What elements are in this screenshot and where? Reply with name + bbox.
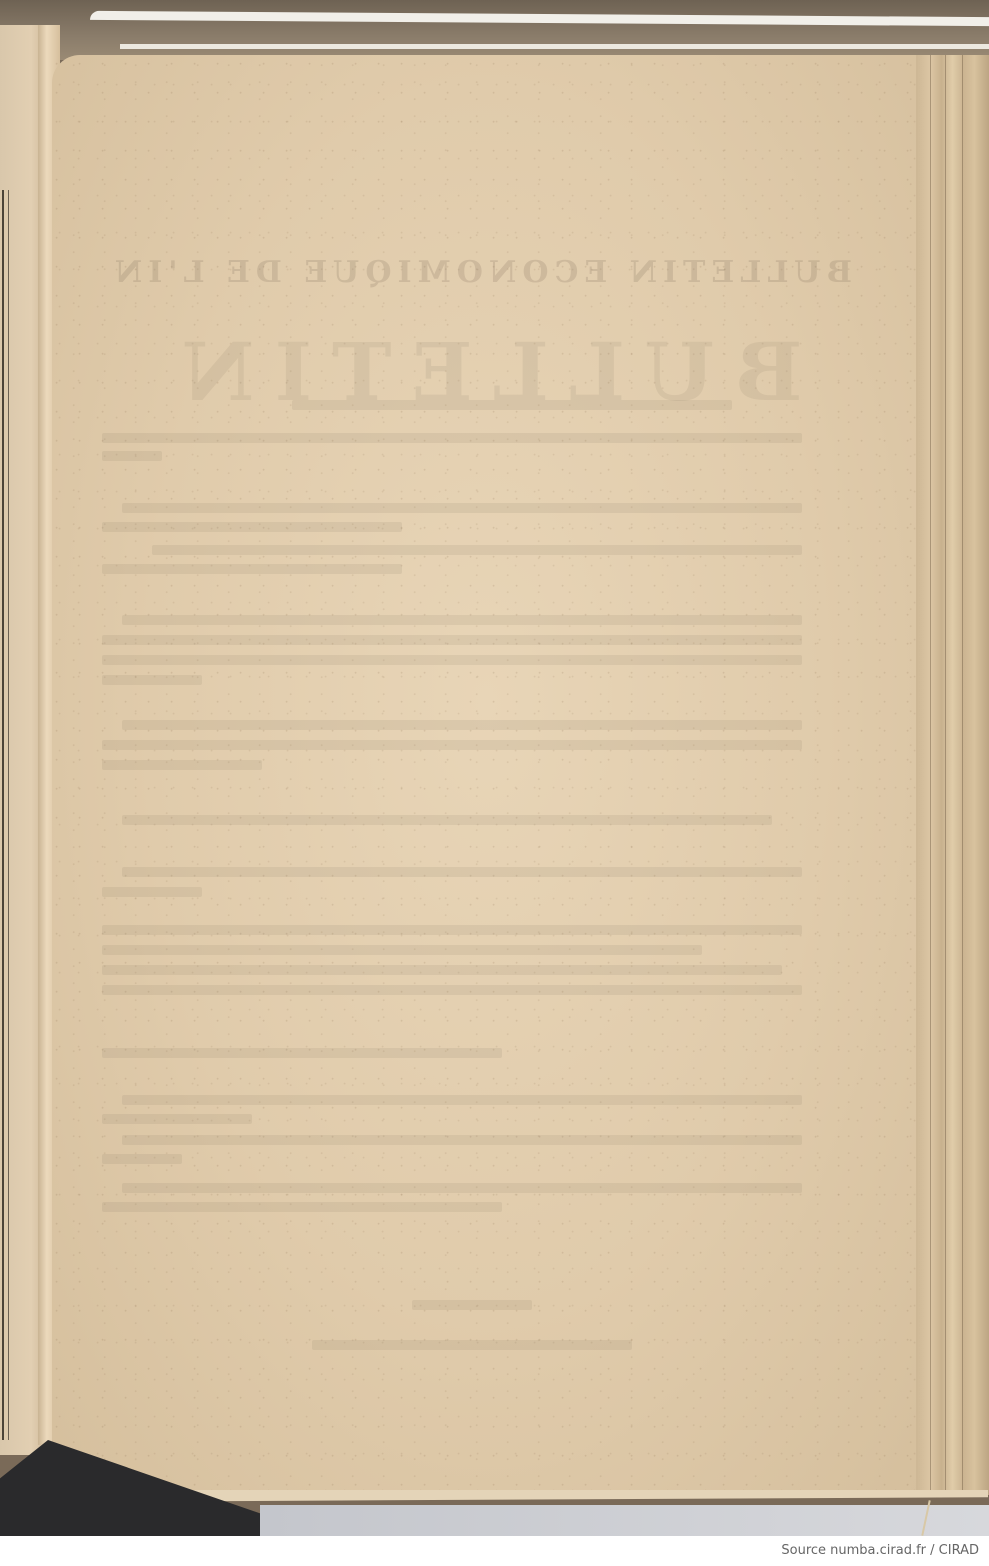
showthrough-text-line	[122, 615, 802, 625]
showthrough-text-line	[122, 815, 772, 825]
showthrough-text-line	[152, 545, 802, 555]
showthrough-text-line	[102, 655, 802, 665]
showthrough-text-line	[102, 760, 262, 770]
showthrough-text-line	[102, 1202, 502, 1212]
showthrough-text-line	[102, 675, 202, 685]
showthrough-text-line	[102, 945, 702, 955]
showthrough-text-line	[102, 740, 802, 750]
showthrough-text-line	[122, 1183, 802, 1193]
showthrough-text-line	[102, 451, 162, 461]
book-top-cover	[0, 0, 989, 60]
showthrough-text-line	[102, 564, 402, 574]
showthrough-text-line	[102, 1114, 252, 1124]
page-top-edge	[120, 44, 989, 49]
stacked-page-edges	[916, 55, 989, 1495]
showthrough-text-line	[122, 1135, 802, 1145]
previous-leaf-border-frame	[2, 190, 9, 1440]
showthrough-text-line	[312, 1340, 632, 1350]
showthrough-text-line	[102, 1154, 182, 1164]
showthrough-text-line	[102, 925, 802, 935]
showthrough-text-line	[122, 1095, 802, 1105]
showthrough-text-line	[102, 965, 782, 975]
showthrough-text-line	[102, 1048, 502, 1058]
showthrough-text-line	[102, 522, 402, 532]
showthrough-heading: BULLETIN ECONOMIQUE DE L'INDOCHINE	[112, 255, 852, 290]
page-edge-line	[945, 55, 946, 1495]
showthrough-text-line	[122, 503, 802, 513]
showthrough-text-line	[122, 867, 802, 877]
book-page: BULLETIN ECONOMIQUE DE L'INDOCHINE BULLE…	[52, 55, 922, 1495]
showthrough-text-line	[102, 887, 202, 897]
showthrough-text-line	[102, 635, 802, 645]
scanned-page-image: BULLETIN ECONOMIQUE DE L'INDOCHINE BULLE…	[0, 0, 989, 1536]
showthrough-text-line	[292, 400, 732, 410]
page-edge-line	[962, 55, 963, 1495]
scan-background-surface	[260, 1505, 989, 1536]
showthrough-text-line	[412, 1300, 532, 1310]
page-edge-line	[930, 55, 931, 1495]
showthrough-text-line	[102, 433, 802, 443]
showthrough-text-line	[122, 720, 802, 730]
showthrough-text-line	[102, 985, 802, 995]
source-credit: Source numba.cirad.fr / CIRAD	[781, 1543, 979, 1558]
